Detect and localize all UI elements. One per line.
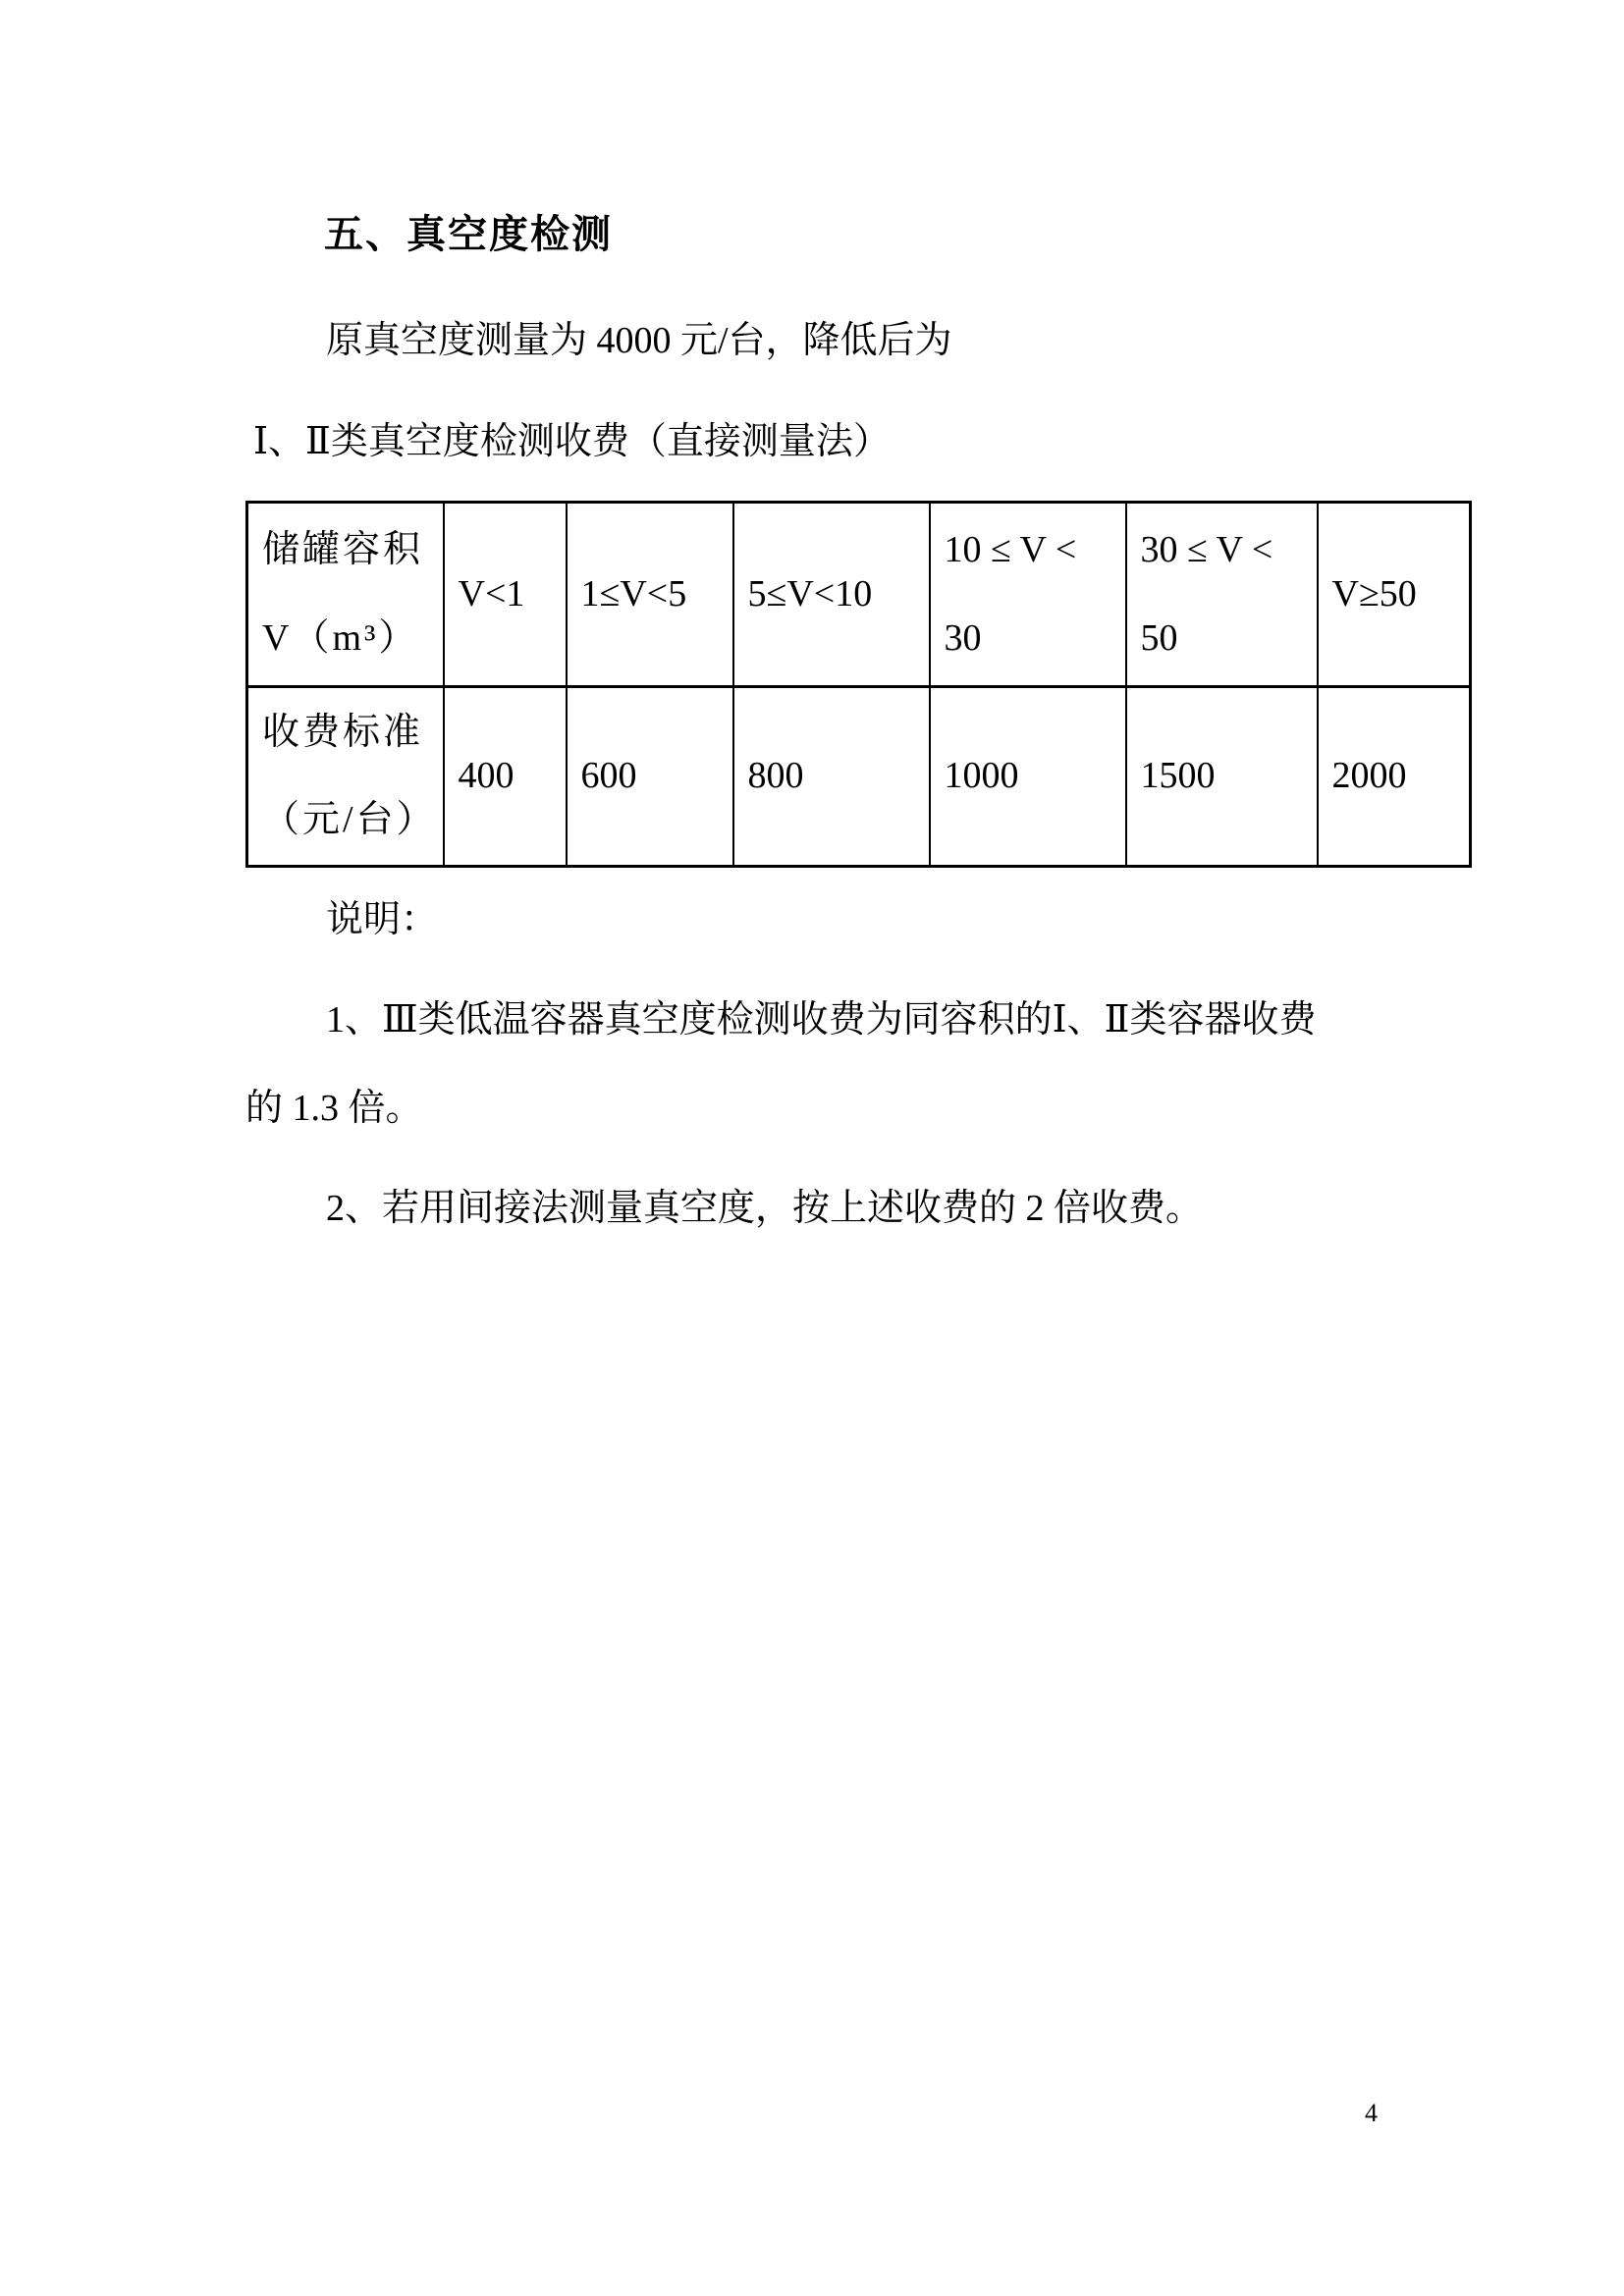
notes-label: 说明： xyxy=(245,896,438,944)
document-page: 五、真空度检测 原真空度测量为 4000 元/台，降低后为 Ⅰ、Ⅱ类真空度检测收… xyxy=(0,0,1624,2296)
header-cell-10-to-30: 10 ≤ V < 30 xyxy=(930,503,1126,687)
note-2: 2、若用间接法测量真空度，按上述收费的 2 倍收费。 xyxy=(245,1185,1522,1233)
header-cell-5-to-10: 5≤V<10 xyxy=(733,503,930,687)
fee-cell-800: 800 xyxy=(733,687,930,867)
table-fee-row: 收费标准 （元/台） 400 600 800 1000 1500 2000 xyxy=(247,687,1471,867)
page-number: 4 xyxy=(1365,2098,1378,2128)
table-caption: Ⅰ、Ⅱ类真空度检测收费（直接测量法） xyxy=(253,418,1530,466)
intro-paragraph: 原真空度测量为 4000 元/台，降低后为 xyxy=(245,317,1522,365)
fee-table: 储罐容积 V（m³） V<1 1≤V<5 5≤V<10 10 ≤ V < 30 … xyxy=(245,501,1472,868)
fee-cell-2000: 2000 xyxy=(1318,687,1471,867)
section-heading: 五、真空度检测 xyxy=(324,209,613,260)
note-1: 1、Ⅲ类低温容器真空度检测收费为同容积的Ⅰ、Ⅱ类容器收费 的 1.3 倍。 xyxy=(245,976,1512,1152)
header-cell-1-to-5: 1≤V<5 xyxy=(567,503,733,687)
fee-cell-400: 400 xyxy=(444,687,567,867)
fee-cell-1000: 1000 xyxy=(930,687,1126,867)
header-cell-v-lt-1: V<1 xyxy=(444,503,567,687)
fee-cell-label: 收费标准 （元/台） xyxy=(247,687,444,867)
table-header-row: 储罐容积 V（m³） V<1 1≤V<5 5≤V<10 10 ≤ V < 30 … xyxy=(247,503,1471,687)
fee-cell-600: 600 xyxy=(567,687,733,867)
header-cell-30-to-50: 30 ≤ V < 50 xyxy=(1126,503,1318,687)
header-cell-v-ge-50: V≥50 xyxy=(1318,503,1471,687)
fee-cell-1500: 1500 xyxy=(1126,687,1318,867)
header-cell-volume: 储罐容积 V（m³） xyxy=(247,503,444,687)
